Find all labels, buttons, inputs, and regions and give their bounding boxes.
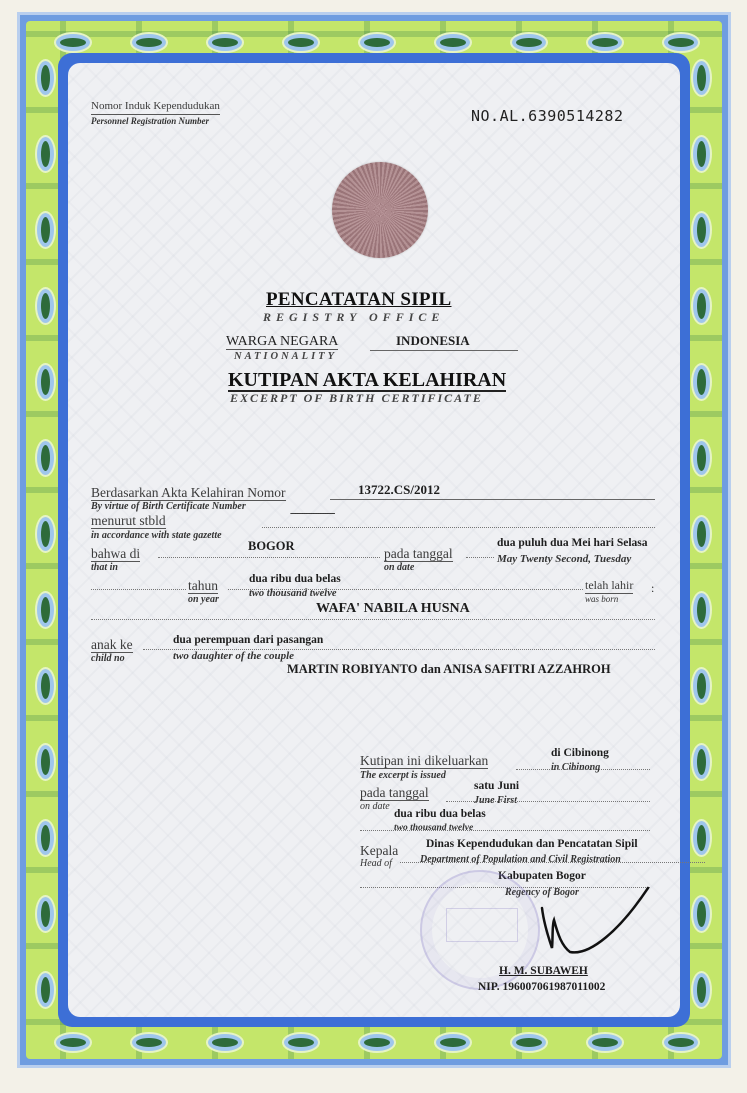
border-ornament-icon — [697, 825, 706, 851]
border-ornament-icon — [288, 1038, 314, 1047]
border-ornament-icon — [41, 825, 50, 851]
border-ornament-icon — [136, 1038, 162, 1047]
border-ornament-icon — [41, 521, 50, 547]
border-ornament-icon — [212, 38, 238, 47]
nationality-label-en: NATIONALITY — [234, 351, 337, 362]
border-ornament-icon — [41, 901, 50, 927]
border-ornament-icon — [697, 141, 706, 167]
birth-place-label: bahwa di — [91, 546, 140, 562]
department-name: Dinas Kependudukan dan Pencatatan Sipil — [426, 838, 638, 850]
registration-label: Nomor Induk Kependudukan — [91, 99, 220, 115]
border-ornament-icon — [41, 977, 50, 1003]
child-name: WAFA' NABILA HUSNA — [316, 601, 470, 617]
issued-place-en: in Cibinong — [551, 762, 600, 773]
registration-number: NO.AL.6390514282 — [471, 107, 624, 125]
border-ornament-icon — [697, 445, 706, 471]
birth-date-label: pada tanggal — [384, 546, 453, 562]
child-order-value: dua perempuan dari pasangan — [173, 634, 323, 646]
stbld-label: menurut stbld — [91, 513, 166, 529]
birth-date-value-en: May Twenty Second, Tuesday — [497, 553, 631, 565]
border-ornament-icon — [697, 369, 706, 395]
border-ornament-icon — [697, 217, 706, 243]
border-ornament-icon — [697, 597, 706, 623]
issued-place: di Cibinong — [551, 747, 609, 759]
birth-year-label-en: on year — [188, 594, 219, 605]
border-ornament-icon — [440, 38, 466, 47]
border-ornament-icon — [697, 901, 706, 927]
border-ornament-icon — [41, 369, 50, 395]
border-ornament-icon — [592, 38, 618, 47]
border-ornament-icon — [41, 65, 50, 91]
issued-label: Kutipan ini dikeluarkan — [360, 753, 488, 769]
border-ornament-icon — [41, 749, 50, 775]
parents-names: MARTIN ROBIYANTO dan ANISA SAFITRI AZZAH… — [287, 662, 611, 677]
border-ornament-icon — [212, 1038, 238, 1047]
border-ornament-icon — [41, 293, 50, 319]
border-ornament-icon — [136, 38, 162, 47]
issue-date-value: satu Juni — [474, 780, 519, 792]
border-ornament-icon — [697, 673, 706, 699]
office-title: PENCATATAN SIPIL — [266, 289, 452, 311]
border-ornament-icon — [668, 1038, 694, 1047]
border-ornament-icon — [60, 1038, 86, 1047]
border-ornament-icon — [41, 217, 50, 243]
border-ornament-icon — [592, 1038, 618, 1047]
stbld-value: ------------------- — [290, 508, 334, 519]
certificate-number-value: 13722.CS/2012 — [358, 482, 440, 498]
birth-year-value: dua ribu dua belas — [249, 573, 341, 585]
head-label: Kepala — [360, 843, 398, 858]
born-label-en: was born — [585, 594, 618, 605]
border-ornament-icon — [697, 65, 706, 91]
child-order-label: anak ke — [91, 637, 133, 653]
border-ornament-icon — [697, 521, 706, 547]
border-ornament-icon — [697, 293, 706, 319]
border-ornament-icon — [41, 445, 50, 471]
official-name: H. M. SUBAWEH — [499, 965, 588, 977]
border-ornament-icon — [288, 38, 314, 47]
stbld-label-en: in accordance with state gazette — [91, 530, 222, 541]
border-ornament-icon — [60, 38, 86, 47]
certificate-number-label-en: By virtue of Birth Certificate Number — [91, 501, 246, 512]
birth-year-label: tahun — [188, 578, 218, 594]
border-ornament-icon — [668, 38, 694, 47]
issue-date-label-en: on date — [360, 801, 390, 812]
border-ornament-icon — [697, 749, 706, 775]
border-ornament-icon — [516, 38, 542, 47]
registration-label-en: Personnel Registration Number — [91, 116, 209, 127]
born-label: telah lahir — [585, 578, 633, 594]
born-colon: : — [651, 581, 654, 596]
department-name-en: Department of Population and Civil Regis… — [420, 854, 621, 865]
head-label-en: Head of — [360, 858, 392, 869]
nationality-value: INDONESIA — [396, 333, 470, 349]
border-ornament-icon — [41, 673, 50, 699]
certificate-title: KUTIPAN AKTA KELAHIRAN — [228, 370, 506, 392]
birth-date-label-en: on date — [384, 562, 414, 573]
border-ornament-icon — [364, 1038, 390, 1047]
birth-place-value: BOGOR — [248, 539, 295, 554]
birth-place-label-en: that in — [91, 562, 118, 573]
signature-icon — [530, 880, 660, 960]
stamp-inner-box — [446, 908, 518, 942]
border-ornament-icon — [516, 1038, 542, 1047]
issue-date-label: pada tanggal — [360, 785, 429, 801]
child-order-label-en: child no — [91, 653, 125, 664]
certificate-number-label: Berdasarkan Akta Kelahiran Nomor — [91, 485, 286, 501]
office-title-en: REGISTRY OFFICE — [263, 310, 444, 325]
birth-date-value: dua puluh dua Mei hari Selasa — [497, 537, 648, 549]
issue-year-value-en: two thousand twelve — [394, 823, 473, 833]
certificate-title-en: EXCERPT OF BIRTH CERTIFICATE — [230, 391, 483, 406]
nationality-label: WARGA NEGARA — [226, 334, 338, 350]
border-ornament-icon — [41, 141, 50, 167]
border-ornament-icon — [440, 1038, 466, 1047]
border-ornament-icon — [41, 597, 50, 623]
border-ornament-icon — [364, 38, 390, 47]
issue-year-value: dua ribu dua belas — [394, 808, 486, 820]
issued-label-en: The excerpt is issued — [360, 770, 446, 781]
official-nip: NIP. 196007061987011002 — [478, 981, 605, 993]
child-order-value-en: two daughter of the couple — [173, 650, 294, 662]
border-ornament-icon — [697, 977, 706, 1003]
garuda-seal-icon — [332, 162, 428, 258]
